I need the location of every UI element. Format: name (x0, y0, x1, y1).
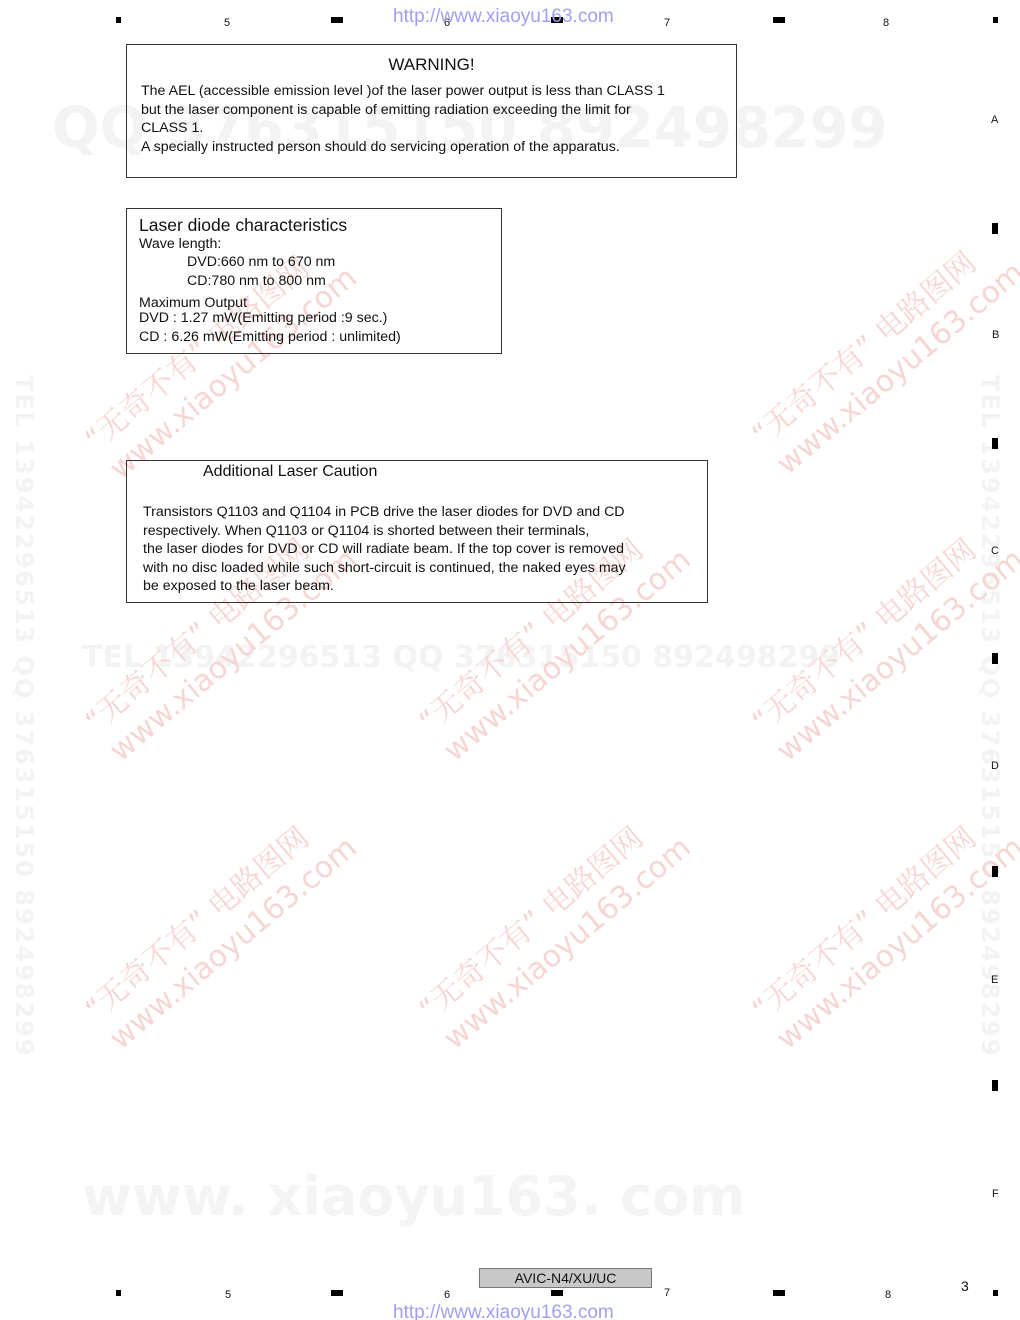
column-number-6: 6 (444, 1289, 450, 1301)
frame-corner-mark (116, 1290, 121, 1296)
caution-line: Transistors Q1103 and Q1104 in PCB drive… (143, 503, 626, 522)
maximum-output-label: Maximum Output (139, 295, 247, 311)
watermark-diagonal: “无奇不有” 电路图网www.xiaoyu163.com (78, 800, 365, 1058)
frame-mark (992, 438, 998, 449)
watermark-diagonal: “无奇不有” 电路图网www.xiaoyu163.com (745, 800, 1020, 1058)
row-letter-d: D (991, 760, 999, 772)
dvd-output: DVD : 1.27 mW(Emitting period :9 sec.) (139, 310, 387, 326)
column-number-8: 8 (883, 17, 889, 29)
dvd-wavelength: DVD:660 nm to 670 nm (187, 254, 335, 270)
cd-output: CD : 6.26 mW(Emitting period : unlimited… (139, 329, 401, 345)
watermark-phone-qq: TEL 13942296513 QQ 376315150 892498299 (82, 640, 840, 675)
additional-caution-title: Additional Laser Caution (203, 463, 377, 481)
warning-line: CLASS 1. (141, 119, 665, 138)
column-number-5: 5 (225, 1289, 231, 1301)
laser-diode-characteristics-box: Laser diode characteristics Wave length:… (126, 208, 502, 354)
watermark-vertical-left: TEL 13942296513 QQ 376315150 892498299 (10, 375, 38, 1058)
row-letter-b: B (992, 329, 999, 341)
watermark-url-bottom: http://www.xiaoyu163.com (393, 1302, 614, 1320)
watermark-diagonal: “无奇不有” 电路图网www.xiaoyu163.com (412, 800, 699, 1058)
watermark-diagonal: “无奇不有” 电路图网www.xiaoyu163.com (745, 512, 1020, 770)
column-number-8: 8 (885, 1289, 891, 1301)
watermark-big-url: www. xiaoyu163. com (82, 1165, 745, 1228)
row-letter-f: F (992, 1188, 999, 1200)
frame-mark (992, 223, 998, 234)
wave-length-label: Wave length: (139, 236, 221, 252)
caution-line: be exposed to the laser beam. (143, 577, 626, 596)
watermark-diagonal: “无奇不有” 电路图网www.xiaoyu163.com (745, 225, 1020, 483)
warning-text: The AEL (accessible emission level )of t… (141, 82, 665, 156)
warning-line: The AEL (accessible emission level )of t… (141, 82, 665, 101)
caution-line: respectively. When Q1103 or Q1104 is sho… (143, 522, 626, 541)
cd-wavelength: CD:780 nm to 800 nm (187, 273, 326, 289)
frame-corner-mark (993, 17, 998, 23)
warning-line: but the laser component is capable of em… (141, 101, 665, 120)
caution-line: with no disc loaded while such short-cir… (143, 559, 626, 578)
column-number-6: 6 (444, 17, 450, 29)
column-number-7: 7 (664, 1287, 670, 1299)
row-letter-a: A (991, 114, 998, 126)
frame-corner-mark (116, 17, 121, 23)
model-badge: AVIC-N4/XU/UC (479, 1268, 652, 1288)
watermark-vertical-right: TEL 13942296513 QQ 376315150 892498299 (976, 375, 1004, 1058)
frame-mark (773, 17, 785, 23)
column-number-7: 7 (664, 17, 670, 29)
row-letter-c: C (991, 545, 999, 557)
frame-mark (992, 1080, 998, 1091)
additional-caution-text: Transistors Q1103 and Q1104 in PCB drive… (143, 503, 626, 596)
frame-mark (992, 653, 998, 664)
frame-mark (773, 1290, 785, 1296)
frame-mark (331, 1290, 343, 1296)
frame-mark (551, 17, 563, 23)
warning-title: WARNING! (127, 55, 736, 75)
caution-line: the laser diodes for DVD or CD will radi… (143, 540, 626, 559)
warning-box: WARNING! The AEL (accessible emission le… (126, 44, 737, 178)
column-number-5: 5 (224, 17, 230, 29)
watermark-url-top: http://www.xiaoyu163.com (393, 6, 614, 28)
page-number: 3 (961, 1278, 969, 1294)
additional-laser-caution-box: Additional Laser Caution Transistors Q11… (126, 460, 708, 603)
frame-mark (551, 1290, 563, 1296)
row-letter-e: E (991, 974, 998, 986)
laser-diode-title: Laser diode characteristics (139, 215, 347, 236)
frame-mark (331, 17, 343, 23)
warning-line: A specially instructed person should do … (141, 138, 665, 157)
frame-mark (992, 866, 998, 877)
frame-corner-mark (993, 1290, 998, 1296)
